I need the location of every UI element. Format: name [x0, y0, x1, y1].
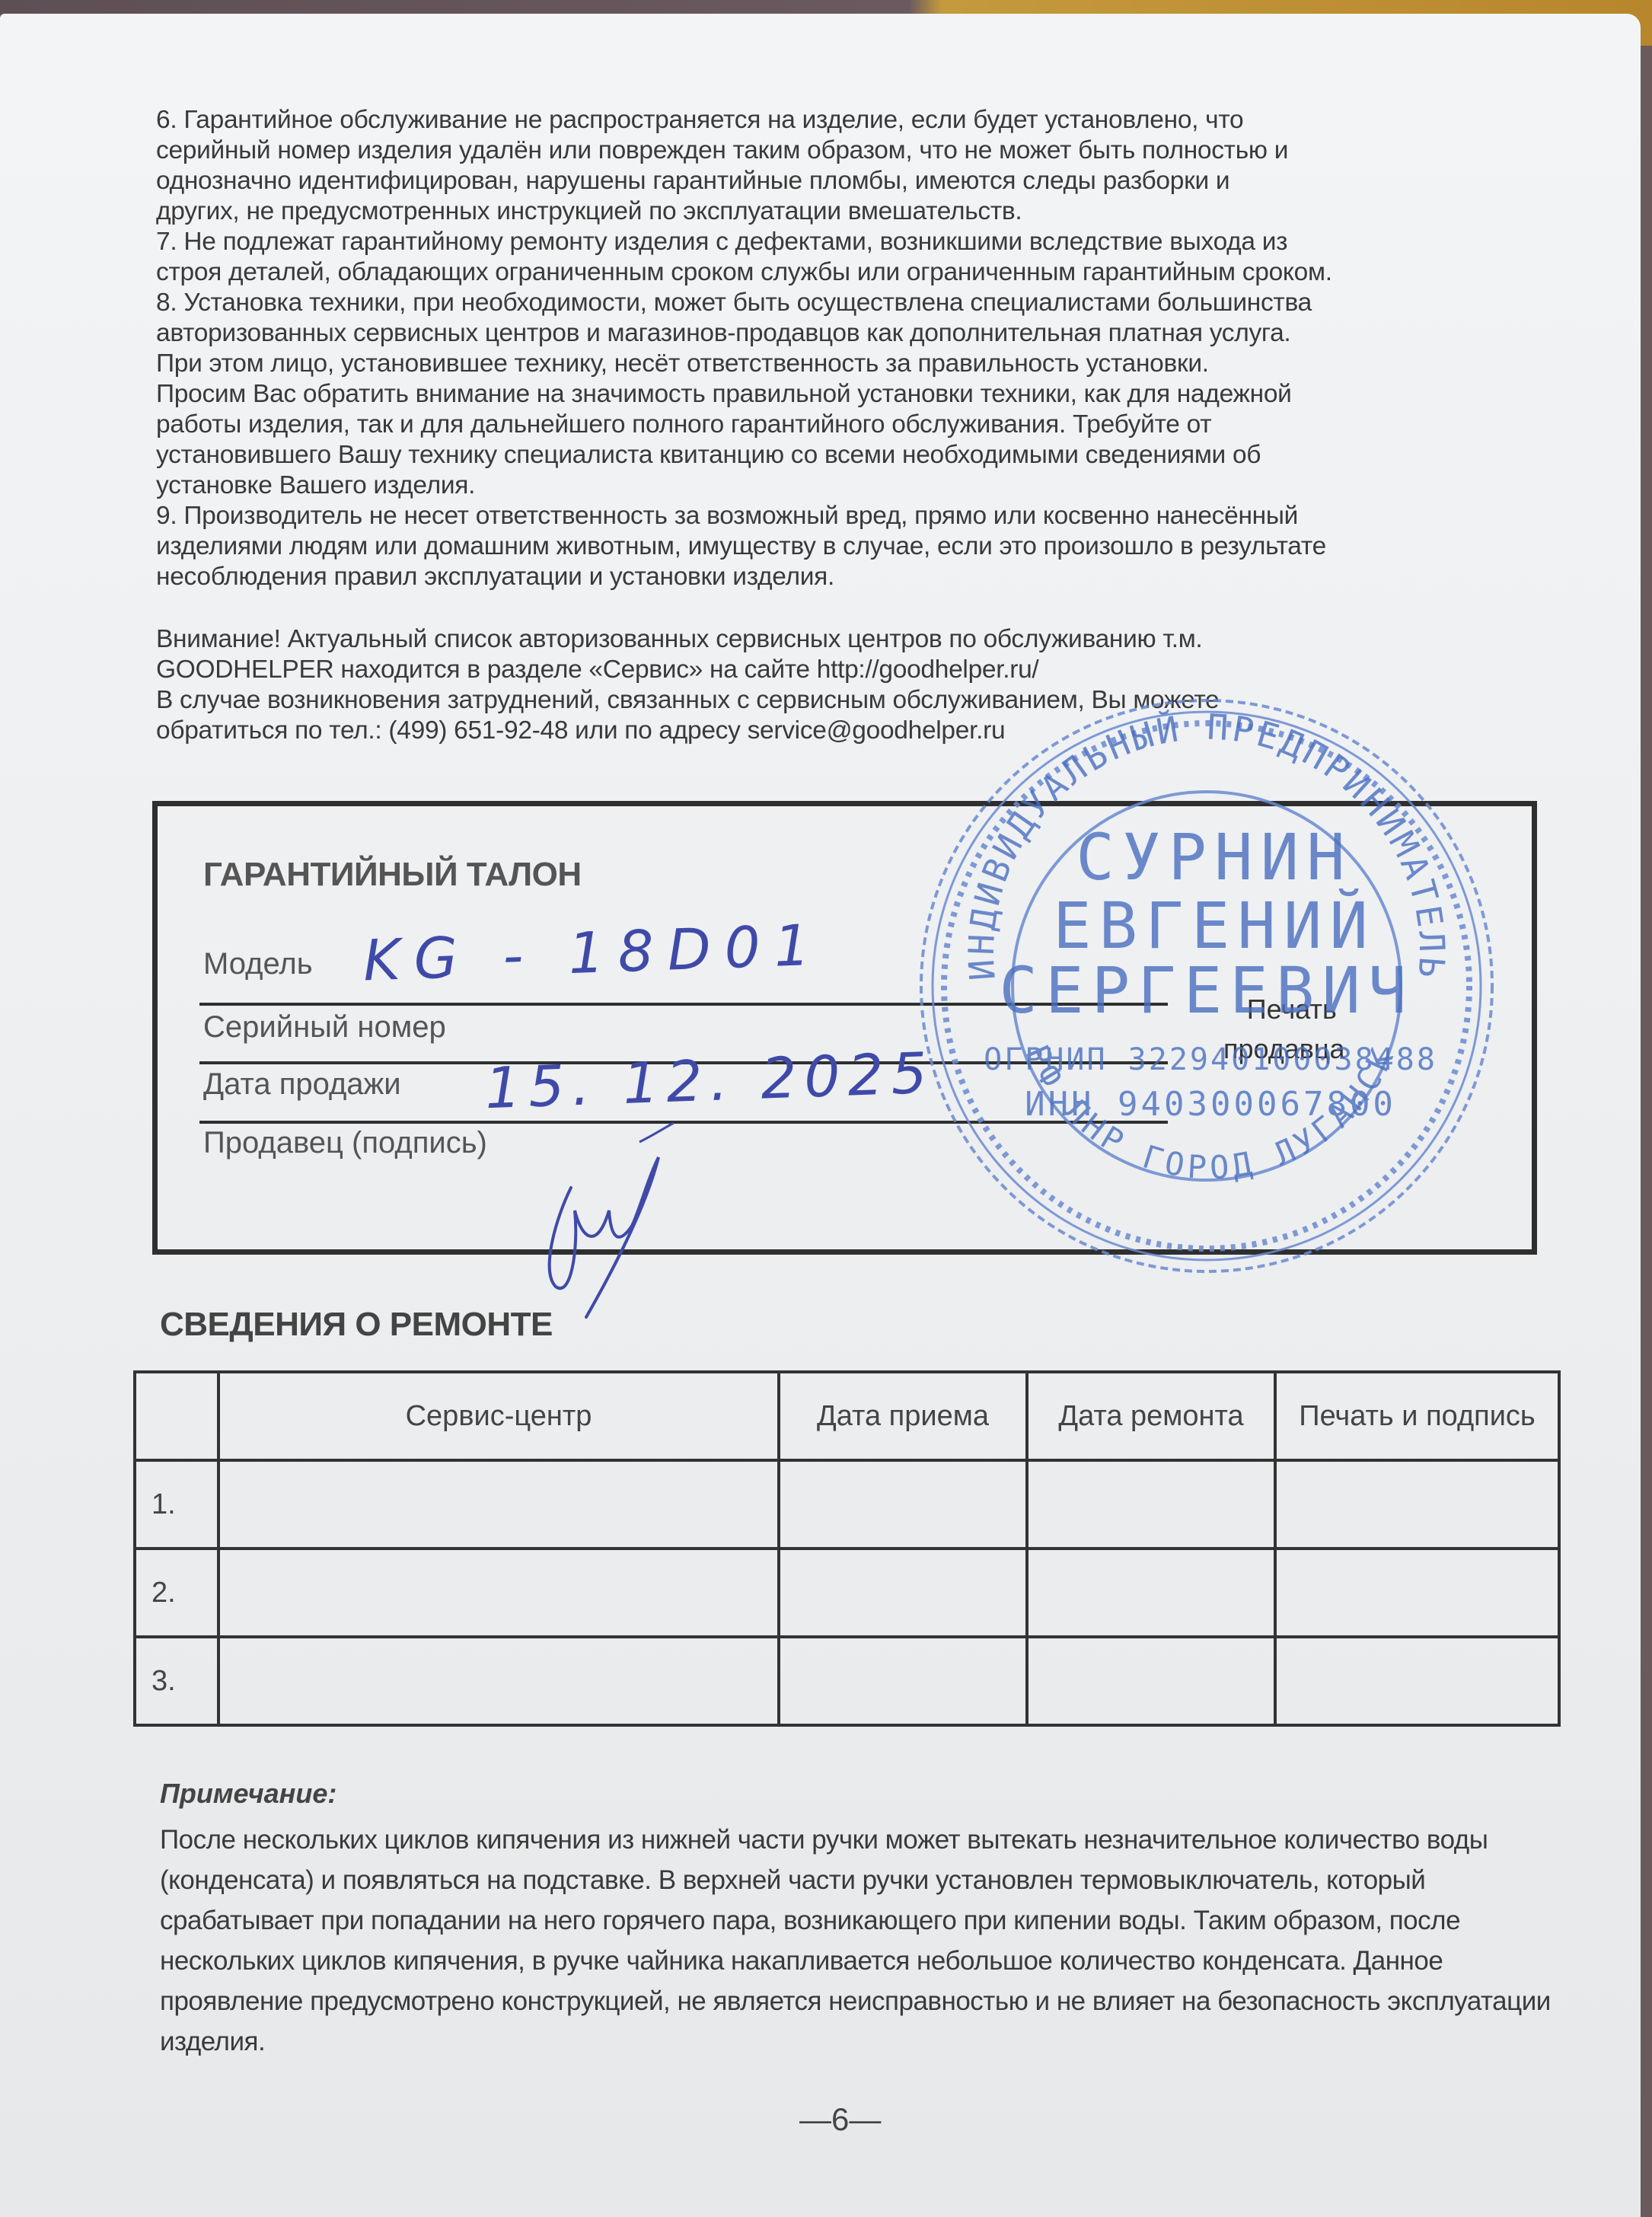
- model-value: KG - 18D01: [362, 912, 825, 994]
- header-stamp-signature: Печать и подпись: [1275, 1372, 1559, 1460]
- page-number: —6—: [799, 2101, 881, 2138]
- header-service-center: Сервис-центр: [218, 1372, 779, 1460]
- stamp-signature-cell: [1275, 1637, 1559, 1725]
- rule-line: 7. Не подлежат гарантийному ремонту изде…: [156, 227, 1549, 257]
- attention-line: Внимание! Актуальный список авторизованн…: [156, 624, 1549, 655]
- rule-line: изделиями людям или домашним животным, и…: [156, 531, 1549, 562]
- rule-line: 8. Установка техники, при необходимости,…: [156, 288, 1549, 318]
- rule-line: При этом лицо, установившее технику, нес…: [156, 349, 1549, 379]
- seller-signature: [525, 1096, 723, 1325]
- rule-line: установке Вашего изделия.: [156, 471, 1549, 501]
- rule-line: Просим Вас обратить внимание на значимос…: [156, 379, 1549, 410]
- note-body: После нескольких циклов кипячения из ниж…: [160, 1820, 1568, 2062]
- stamp-signature-cell: [1275, 1460, 1559, 1549]
- seal-label-line: продавца: [1223, 1033, 1345, 1065]
- rule-line: серийный номер изделия удалён или повреж…: [156, 136, 1549, 166]
- row-number: 2.: [135, 1549, 218, 1637]
- seal-label-line: Печать: [1239, 994, 1345, 1026]
- model-label: Модель: [203, 947, 313, 981]
- received-date-cell: [779, 1460, 1027, 1549]
- attention-notice: Внимание! Актуальный список авторизованн…: [156, 624, 1549, 746]
- rule-line: однозначно идентифицирован, нарушены гар…: [156, 166, 1549, 196]
- rule-line: несоблюдения правил эксплуатации и устан…: [156, 562, 1549, 592]
- rule-line: 6. Гарантийное обслуживание не распростр…: [156, 105, 1549, 136]
- attention-line: В случае возникновения затруднений, связ…: [156, 685, 1549, 716]
- received-date-cell: [779, 1549, 1027, 1637]
- received-date-cell: [779, 1637, 1027, 1725]
- seller-signature-label: Продавец (подпись): [203, 1126, 487, 1160]
- service-center-cell: [218, 1460, 779, 1549]
- rule-line: других, не предусмотренных инструкцией п…: [156, 196, 1549, 227]
- model-line: [199, 1003, 1168, 1006]
- table-row: 1.: [135, 1460, 1559, 1549]
- warranty-card: ГАРАНТИЙНЫЙ ТАЛОН Модель KG - 18D01 Сери…: [152, 801, 1537, 1255]
- warranty-card-title: ГАРАНТИЙНЫЙ ТАЛОН: [203, 856, 582, 894]
- header-number: [135, 1372, 218, 1460]
- repair-date-cell: [1027, 1460, 1275, 1549]
- service-center-cell: [218, 1637, 779, 1725]
- repair-section-title: СВЕДЕНИЯ О РЕМОНТЕ: [160, 1306, 553, 1344]
- rule-line: установившего Вашу технику специалиста к…: [156, 440, 1549, 471]
- rule-line: работы изделия, так и для дальнейшего по…: [156, 410, 1549, 440]
- row-number: 3.: [135, 1637, 218, 1725]
- header-repair-date: Дата ремонта: [1027, 1372, 1275, 1460]
- attention-line: обратиться по тел.: (499) 651-92-48 или …: [156, 716, 1549, 746]
- repair-date-cell: [1027, 1549, 1275, 1637]
- sale-date-label: Дата продажи: [203, 1067, 401, 1102]
- stamp-signature-cell: [1275, 1549, 1559, 1637]
- repair-date-cell: [1027, 1637, 1275, 1725]
- seal-label: Печать продавца: [1239, 994, 1345, 1065]
- rule-line: авторизованных сервисных центров и магаз…: [156, 318, 1549, 349]
- header-received-date: Дата приема: [779, 1372, 1027, 1460]
- rule-line: 9. Производитель не несет ответственност…: [156, 501, 1549, 531]
- repair-table: Сервис-центр Дата приема Дата ремонта Пе…: [133, 1370, 1561, 1727]
- serial-label: Серийный номер: [203, 1010, 446, 1045]
- service-center-cell: [218, 1549, 779, 1637]
- table-row: 3.: [135, 1637, 1559, 1725]
- table-row: 2.: [135, 1549, 1559, 1637]
- repair-table-header: Сервис-центр Дата приема Дата ремонта Пе…: [135, 1372, 1559, 1460]
- note-title: Примечание:: [160, 1778, 336, 1810]
- rule-line: строя деталей, обладающих ограниченным с…: [156, 257, 1549, 288]
- warranty-rules: 6. Гарантийное обслуживание не распростр…: [156, 105, 1549, 592]
- row-number: 1.: [135, 1460, 218, 1549]
- attention-line: GOODHELPER находится в разделе «Сервис» …: [156, 655, 1549, 685]
